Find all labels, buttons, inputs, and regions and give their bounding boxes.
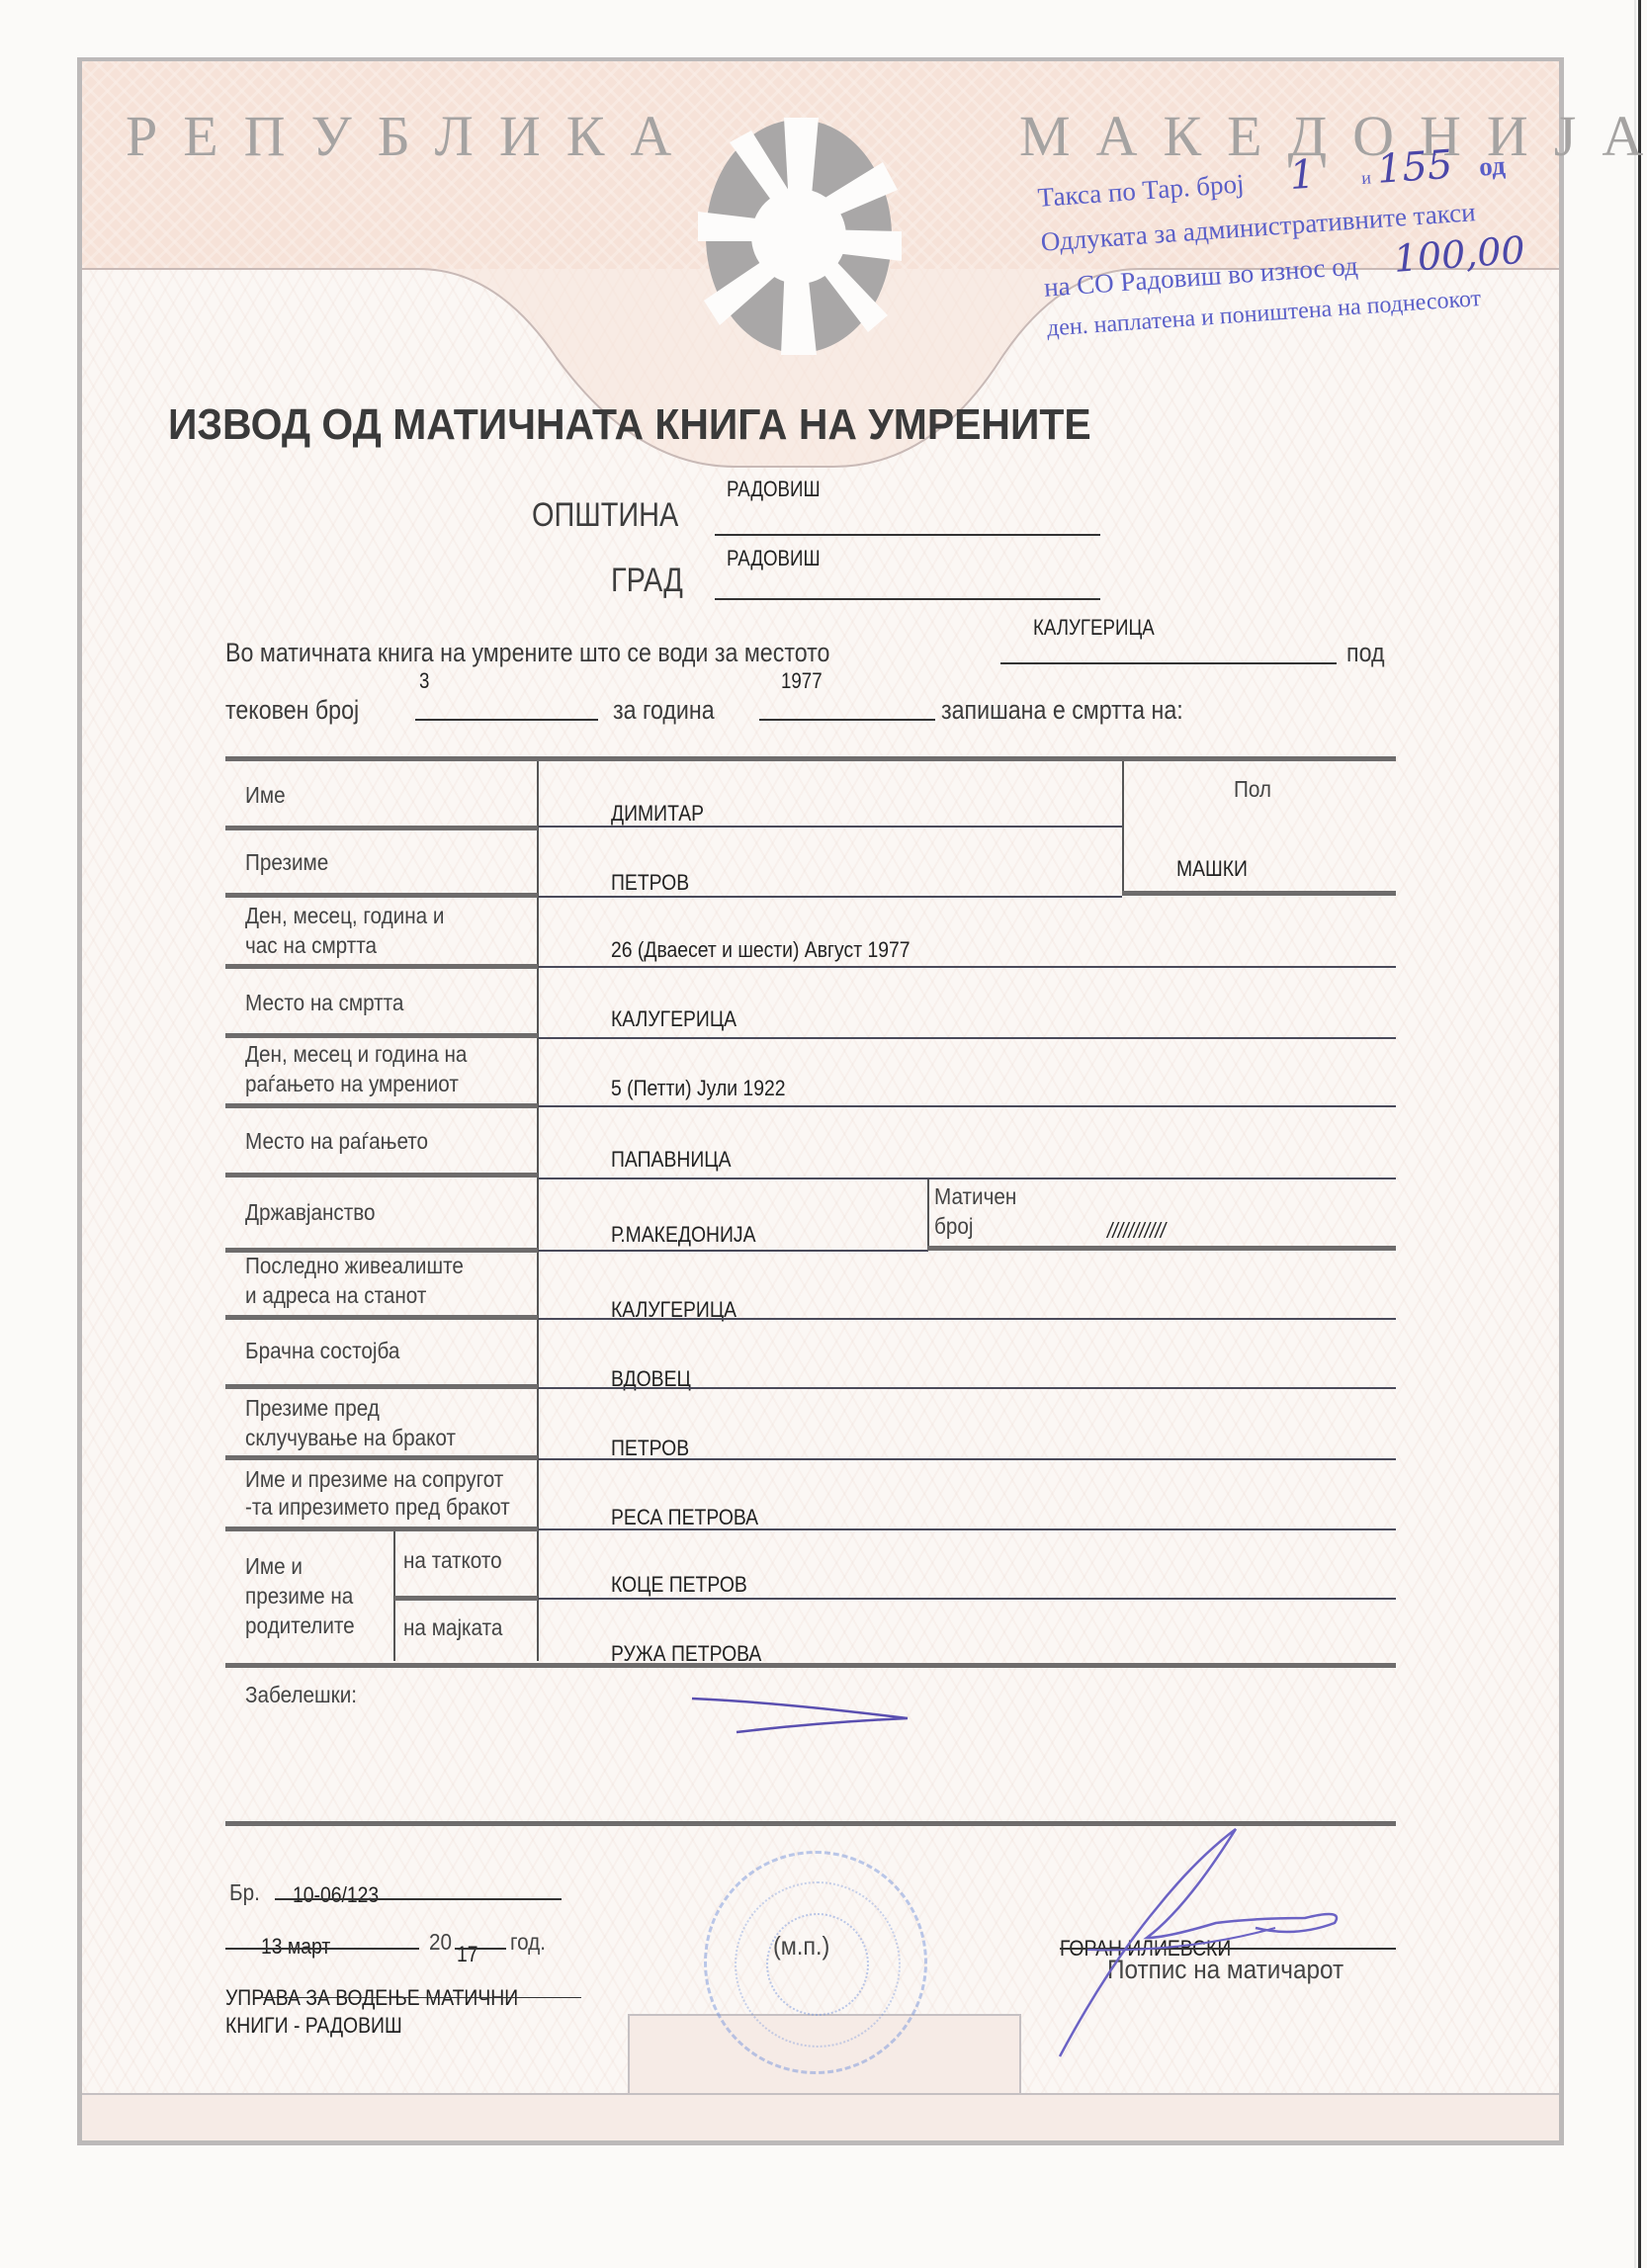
scan-edge — [1634, 0, 1636, 2268]
number-underline — [275, 1898, 562, 1900]
death-date-value: 26 (Дваесет и шести) Август 1977 — [611, 937, 910, 963]
row-rule — [225, 893, 538, 898]
birth-place-label: Место на раѓањето — [245, 1127, 428, 1156]
table-top-rule — [225, 756, 1396, 761]
row-rule — [225, 1103, 538, 1108]
maiden-name-label-2: склучување на бракот — [245, 1424, 456, 1452]
spouse-label-1: Име и презиме на сопругот — [245, 1465, 503, 1494]
year-suffix: 17 — [457, 1942, 478, 1967]
tax-stamp-suffix: од — [1478, 150, 1506, 182]
row-rule — [539, 1318, 1396, 1320]
issue-date-value: 13 март — [261, 1934, 330, 1960]
birth-date-label-2: раѓањето на умрениот — [245, 1070, 459, 1098]
row-rule — [1122, 891, 1396, 896]
place-value: КАЛУГЕРИЦА — [1033, 615, 1155, 641]
intro-sentence-under: под — [1346, 638, 1385, 668]
official-seal — [704, 1851, 927, 2074]
maiden-name-label-1: Презиме пред — [245, 1394, 380, 1423]
row-rule — [539, 1105, 1396, 1107]
scan-edge-dark — [1638, 0, 1641, 2268]
tax-stamp: Такса по Тар. број 1 и 155 од Одлуката з… — [1036, 139, 1529, 350]
father-value: КОЦЕ ПЕТРОВ — [611, 1572, 747, 1598]
seal-center — [766, 1913, 869, 2016]
parents-label-2: презиме на — [245, 1582, 353, 1611]
spouse-value: РЕСА ПЕТРОВА — [611, 1505, 758, 1530]
mother-label: на мајката — [403, 1614, 502, 1642]
death-place-value: КАЛУГЕРИЦА — [611, 1006, 737, 1032]
birth-date-value: 5 (Петти) Јули 1922 — [611, 1076, 786, 1101]
id-number-value: /////////// — [1107, 1218, 1166, 1244]
year-prefix: 20 — [429, 1928, 452, 1957]
first-name-label: Име — [245, 781, 286, 810]
spouse-label-2: -та ипрезимето пред бракот — [245, 1493, 510, 1522]
id-number-label-1: Матичен — [934, 1182, 1016, 1211]
birth-place-value: ПАПАВНИЦА — [611, 1147, 731, 1173]
row-rule — [225, 1173, 538, 1178]
serial-underline — [415, 719, 598, 721]
row-rule — [539, 1528, 1396, 1530]
surname-value: ПЕТРОВ — [611, 870, 689, 896]
footer-band — [82, 2093, 1559, 2140]
id-number-label-2: број — [934, 1212, 973, 1241]
year-value: 1977 — [781, 668, 823, 694]
row-rule — [225, 1384, 538, 1389]
death-date-label-1: Ден, месец, година и — [245, 902, 444, 930]
issuer-line-2: КНИГИ - РАДОВИШ — [225, 2013, 402, 2039]
residence-label-2: и адреса на станот — [245, 1281, 426, 1310]
document-title: ИЗВОД ОД МАТИЧНАТА КНИГА НА УМРЕНИТЕ — [168, 400, 1091, 450]
marital-status-label: Брачна состојба — [245, 1337, 399, 1365]
row-rule — [539, 966, 1396, 968]
place-underline — [1000, 662, 1337, 664]
tax-amount: 100,00 — [1392, 228, 1526, 281]
notes-label: Забелешки: — [245, 1681, 357, 1709]
serial-value: 3 — [419, 668, 429, 694]
birth-date-label-1: Ден, месец и година на — [245, 1040, 467, 1069]
year-label: год. — [510, 1928, 546, 1957]
certificate-sheet: РЕПУБЛИКА МАКЕДОНИЈА — [77, 57, 1564, 2145]
row-rule — [225, 826, 538, 830]
sex-column-divider — [1122, 761, 1124, 893]
city-label: ГРАД — [611, 562, 683, 600]
registrar-underline — [1060, 1948, 1396, 1950]
number-label: Бр. — [229, 1878, 260, 1907]
row-rule — [539, 1037, 1396, 1039]
number-value: 10-06/123 — [293, 1882, 379, 1908]
parents-label-3: родителите — [245, 1612, 355, 1640]
row-rule — [225, 964, 538, 969]
row-rule — [539, 1458, 1396, 1460]
death-place-label: Место на смртта — [245, 989, 403, 1017]
parents-label-1: Име и — [245, 1552, 303, 1581]
year-underline — [759, 719, 935, 721]
row-rule — [539, 896, 1122, 898]
tax-stamp-line1: Такса по Тар. број — [1037, 168, 1246, 213]
city-value: РАДОВИШ — [727, 546, 821, 571]
intro-sentence: Во матичната книга на умрените што се во… — [225, 638, 829, 668]
seal-placeholder-label: (м.п.) — [773, 1932, 829, 1961]
row-rule — [225, 1315, 538, 1320]
issuer-strike — [255, 1997, 581, 1998]
year-label: за година — [613, 695, 715, 726]
municipality-value: РАДОВИШ — [727, 477, 821, 502]
row-rule — [394, 1596, 538, 1601]
republic-word: РЕПУБЛИКА — [126, 103, 697, 169]
signature-caption: Потпис на матичарот — [1107, 1956, 1344, 1984]
record-intro-end: запишана е смртта на: — [941, 695, 1183, 726]
year-underline — [455, 1948, 506, 1950]
tariff-number-2: 155 — [1375, 142, 1453, 193]
row-rule — [539, 826, 1122, 828]
sex-label: Пол — [1234, 775, 1271, 804]
father-label: на таткото — [403, 1546, 502, 1575]
issue-date-underline — [225, 1948, 419, 1950]
row-rule — [539, 1387, 1396, 1389]
row-rule — [539, 1598, 1396, 1600]
death-date-label-2: час на смртта — [245, 931, 377, 960]
id-column-divider — [927, 1178, 929, 1248]
first-name-value: ДИМИТАР — [611, 801, 704, 827]
notes-bottom-rule — [225, 1821, 1396, 1826]
table-bottom-rule — [225, 1663, 1396, 1668]
issuer-line-1: УПРАВА ЗА ВОДЕЊЕ МАТИЧНИ — [225, 1985, 518, 2011]
row-rule — [225, 1033, 538, 1038]
serial-label: тековен број — [225, 695, 359, 726]
sex-value: МАШКИ — [1176, 856, 1248, 882]
tariff-conjunction: и — [1360, 167, 1371, 188]
tariff-number: 1 — [1288, 151, 1317, 199]
municipality-label: ОПШТИНА — [532, 496, 678, 535]
citizenship-label: Државјанство — [245, 1198, 376, 1227]
row-rule — [225, 1455, 538, 1460]
row-rule — [927, 1246, 1396, 1251]
municipality-underline — [715, 534, 1100, 536]
surname-label: Презиме — [245, 848, 328, 877]
row-rule — [225, 1527, 538, 1531]
row-rule — [539, 1250, 928, 1252]
sun-emblem-icon — [690, 113, 908, 360]
residence-label-1: Последно живеалиште — [245, 1252, 464, 1280]
city-underline — [715, 598, 1100, 600]
row-rule — [539, 1178, 1396, 1179]
citizenship-value: Р.МАКЕДОНИЈА — [611, 1222, 756, 1248]
